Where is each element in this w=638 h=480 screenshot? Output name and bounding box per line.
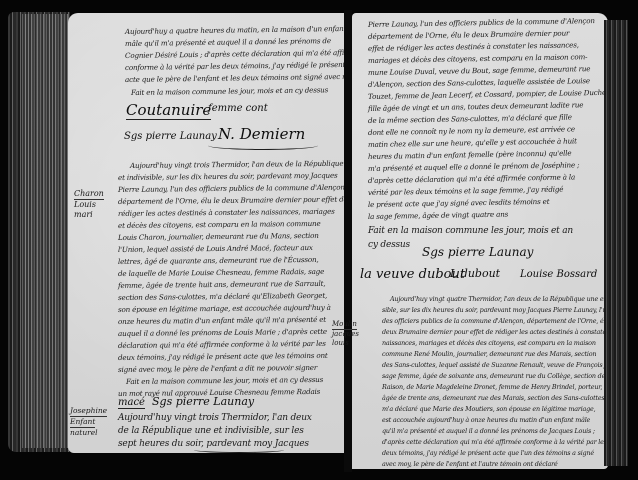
signature: L dubout [450,267,500,280]
margin-note-josephine: Josephine Enfant naturel [70,406,107,438]
text-line: Fait en la maison commune les jour, mois… [131,85,328,97]
text-line: Pierre Launay, l'un des officiers public… [118,183,346,194]
signature-flourish [208,141,318,150]
text-line: mariages et décès des citoyens, est comp… [368,52,587,65]
text-line: et décès des citoyens, est comparu en la… [118,219,321,230]
text-line: Fait en la maison commune les jour, mois… [368,226,573,236]
text-line: deux témoins, j'ay rédigé le présent act… [118,351,328,362]
text-line: dont elle ne connoît ny le nom ny la dem… [368,124,575,137]
text-line: de la République une et indivisible, sur… [118,426,304,436]
text-line: rédiger les actes destinés à constater l… [118,207,335,218]
text-line: vérité par les deux témoins et la sage f… [368,185,563,197]
text-line: auquel il a donné les prénoms de Louis M… [118,327,327,338]
text-line: son épouse en légitime mariage, est acco… [118,303,331,314]
text-line: Touzet, femme de Jean Lecerf, et Cossard… [368,88,608,101]
text-line: Aujourd'huy vingt quatre Thermidor, l'an… [390,295,608,303]
text-line: m'a déclaré que Marie des Moutiers, son … [382,405,595,413]
text-line: la sage femme, âgée de vingt quatre ans [368,210,508,221]
text-line: cy dessus [368,240,410,250]
text-line: section des Sans-culottes, m'a déclaré q… [118,291,327,302]
text-line: des Sans-culottes, lequel assisté de Suz… [382,361,608,369]
text-line: Fait en la maison commune les jour, mois… [126,375,323,386]
text-line: le présent acte que j'ay signé avec lesd… [368,197,550,209]
signature: Sgs pierre Launay [152,395,254,408]
text-line: d'après cette déclaration qui m'a été af… [368,172,575,185]
text-line: Aujourd'huy vingt trois Thermidor, l'an … [118,413,312,423]
text-line: sible, sur les dix heures du soir, parde… [382,306,608,314]
text-line: avec moy, le père de l'enfant et l'autre… [382,460,558,468]
register-spread: Aujourd'huy a quatre heures du matin, en… [0,0,638,480]
text-line: commune René Moulin, journalier, demeura… [382,350,596,358]
text-line: acte que le père de l'enfant et les deux… [125,72,346,84]
text-line: femme, âgée de trente huit ans, demeuran… [118,279,325,290]
margin-note-charon: Charon Louis mari [74,189,104,220]
text-line: d'Alençon, section des Sans-culottes, la… [368,76,590,89]
signature: Sgs pierre Launay [124,131,217,142]
text-line: lettres, âgé de quarante ans, demeurant … [118,255,319,266]
signature: Coutanuire [126,101,211,120]
text-line: Louis Charon, journalier, demeurant rue … [118,231,319,242]
text-line: deux témoins, j'ay rédigé le présent act… [382,449,594,457]
text-line: matin chez elle sur une heure, qu'elle y… [368,136,577,149]
text-line: deux Brumaire dernier pour effet de rédi… [382,328,608,336]
text-line: département de l'Orne, élu le deux Bruma… [368,28,569,41]
closing-flourish [194,447,284,453]
text-line: l'Union, lequel assisté de Louis André M… [118,243,313,254]
text-line: onze heures du matin d'un enfant mâle qu… [118,315,326,326]
text-line: mâle qu'il m'a présenté et auquel il a d… [125,36,331,48]
page-stack-edge [22,14,68,448]
text-line: sage femme, âgée de soixante ans, demeur… [382,372,608,380]
text-line: Cognier Désiré Louis ; d'après cette déc… [125,48,346,60]
text-line: effet de rédiger les actes destinés à co… [368,40,579,53]
text-line: signé avec moy, le père de l'enfant a di… [118,363,317,374]
signature: Louise Bossard [520,269,597,280]
text-line: Aujourd'huy vingt trois Thermidor, l'an … [130,159,346,170]
text-line: département de l'Orne, élu le deux Bruma… [118,195,346,206]
text-line: fille âgée de vingt et un ans, toutes de… [368,100,583,113]
signature: macé [118,397,145,409]
page-gutter [344,10,352,472]
signature: Sgs pierre Launay [422,245,533,259]
text-line: âgée de trente ans, demeurant rue des Ma… [382,394,606,402]
text-line: qu'il m'a présenté et auquel il a donné … [382,427,595,435]
text-line: m'a présenté et auquel elle a donné le p… [368,160,579,173]
text-line: Aujourd'huy a quatre heures du matin, en… [125,24,346,36]
left-page: Aujourd'huy a quatre heures du matin, en… [68,13,346,453]
right-page: Pierre Launay, l'un des officiers public… [352,13,608,469]
text-line: Pierre Launay, l'un des officiers public… [368,16,595,29]
text-line: des officiers publics de la commune d'Al… [382,317,608,325]
text-line: mune Louise Duval, veuve du Bout, sage f… [368,64,590,77]
text-line: naissances, mariages et décès des citoye… [382,339,596,347]
text-line: Raison, de Marie Magdeleine Dronet, femm… [382,383,602,391]
right-page-edge [604,20,628,466]
margin-note-moulin: Moulin jacques louis [332,320,359,348]
text-line: d'après cette déclaration qui m'a été af… [382,438,607,446]
signature: femme cont [208,103,268,114]
text-line: de la même section des Sans-culottes, m'… [368,112,572,125]
text-line: conforme à la vérité par les deux témoin… [125,60,345,72]
text-line: est accouchée aujourd'huy à onze heures … [382,416,590,424]
text-line: heures du matin d'un enfant femelle (pèr… [368,148,571,161]
text-line: et indivisible, sur les dix heures du so… [118,171,338,182]
text-line: de laquelle de Marie Louise Chesneau, fe… [118,267,324,278]
text-line: déclaration qui m'a été affirmée conform… [118,339,326,350]
